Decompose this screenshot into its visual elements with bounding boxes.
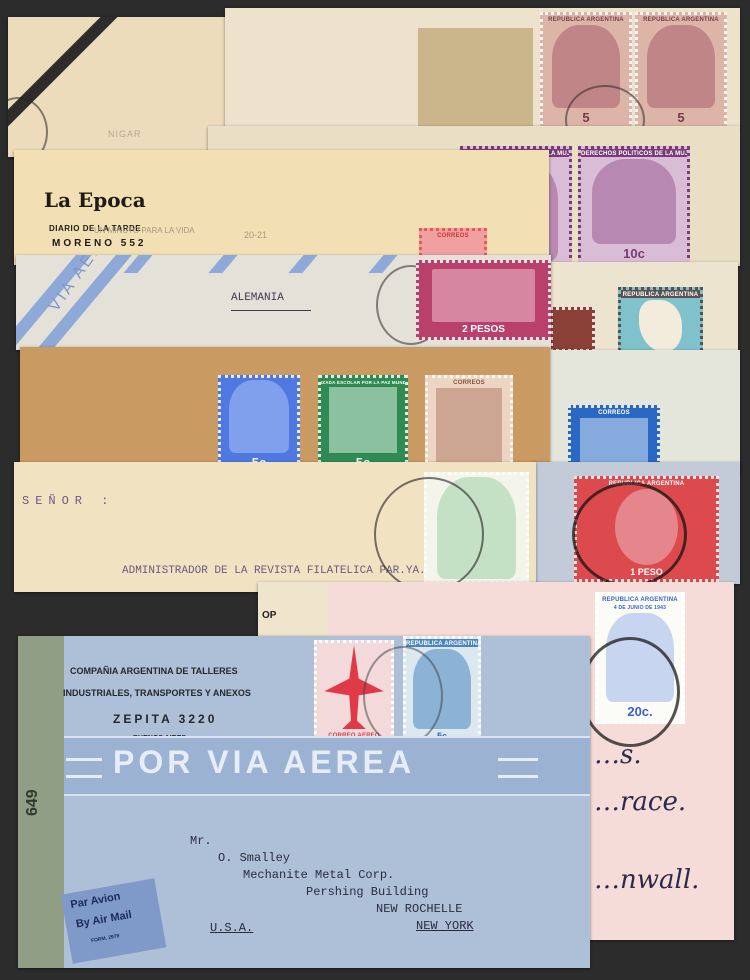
women-figures-icon [592, 159, 677, 244]
recipient-line-2: O. Smalley [218, 851, 290, 865]
recipient-line-1: Mr. [190, 834, 212, 848]
la-epoca-cover: La Epoca DIARIO DE LA TARDE MORENO 552 U… [14, 150, 549, 265]
farmer-figure-icon [436, 388, 502, 467]
salutation: SEÑOR : [22, 494, 114, 508]
stamp-justice-2: REPUBLICA ARGENTINA 5 [635, 12, 727, 130]
senor-cover: SEÑOR : ADMINISTRADOR DE LA REVISTA FILA… [14, 462, 536, 592]
postmark-buenos-aires [572, 482, 687, 584]
postmark-airmail [363, 646, 443, 746]
handwriting-line-1: …s. [594, 740, 642, 770]
censor-partial: OP [258, 582, 328, 642]
recipient-line-3: Mechanite Metal Corp. [243, 868, 394, 882]
map-stamp-cover: REPUBLICA ARGENTINA [548, 262, 738, 354]
airmail-stripe [288, 255, 317, 273]
recipient-line-4: Pershing Building [306, 885, 428, 899]
destination-country: ALEMANIA [231, 292, 284, 304]
stamp-building: 2 PESOS [416, 260, 551, 340]
constitucion-cover: REPUBLICA ARGENTINA 1 PESO [532, 462, 740, 584]
par-avion-etiquette: Par Avion By Air Mail FORM. 2979 [61, 878, 167, 963]
etiquette-line-2: By Air Mail [75, 909, 133, 931]
recipient-line-5: NEW ROCHELLE [376, 902, 462, 916]
wing-left-icon [66, 758, 102, 778]
airmail-banner: POR VIA AEREA [113, 744, 415, 781]
stamp-map: REPUBLICA ARGENTINA [618, 287, 703, 354]
stamp-dia-agricultor: CORREOS [425, 375, 513, 467]
machine-cancel-date: 20-21 [244, 230, 267, 240]
zepita-airmail-cover: 649 COMPAÑIA ARGENTINA DE TALLERES INDUS… [18, 636, 590, 968]
sender-line-2: INDUSTRIALES, TRANSPORTES Y ANEXOS [63, 688, 251, 698]
stamp-laurel: 5c [218, 375, 300, 467]
laurel-icon [229, 380, 290, 453]
postmark-dic-1943 [374, 477, 484, 592]
censor-tape: 649 [18, 636, 64, 968]
masthead: La Epoca [44, 188, 146, 212]
tape-strip [418, 28, 533, 128]
etiquette-line-3: FORM. 2979 [91, 933, 120, 944]
recipient-country: U.S.A. [210, 921, 253, 935]
alemania-airmail-cover: VIA AEREA ALEMANIA 2 PESOS [16, 255, 551, 350]
masthead-address: MORENO 552 [52, 238, 146, 249]
handwriting-line-2: …race. [594, 787, 686, 817]
postmark-buenos-aires-6-5 [580, 637, 680, 747]
sender-line-1: COMPAÑIA ARGENTINA DE TALLERES [70, 666, 238, 676]
south-america-map-icon [639, 300, 682, 352]
recipient-line-6: NEW YORK [416, 919, 474, 933]
machine-cancel-slogan: UN MINUTO PARA LA VIDA [94, 226, 195, 235]
stamp-cruzada-escolar: CRUZADA ESCOLAR POR LA PAZ MUNDIAL 5c [318, 375, 408, 467]
backstamp-text: NIGAR [108, 129, 142, 139]
stamp-derechos-2: DERECHOS POLITICOS DE LA MUJER 10c [578, 146, 690, 266]
etiquette-line-1: Par Avion [70, 891, 122, 912]
destination-underline [231, 310, 311, 311]
handwriting-line-3: …nwall. [594, 865, 699, 895]
sailboat-icon [580, 418, 649, 468]
wing-right-icon [498, 758, 538, 778]
airmail-stripe [208, 255, 237, 273]
children-figures-icon [329, 387, 396, 453]
addressee: ADMINISTRADOR DE LA REVISTA FILATELICA P… [122, 565, 426, 577]
stamp-partial-brown [550, 307, 595, 352]
censor-number: 649 [24, 789, 42, 816]
building-icon [432, 269, 535, 322]
kraft-cover: 5c CRUZADA ESCOLAR POR LA PAZ MUNDIAL 5c… [20, 347, 550, 467]
backstamp-postmark [8, 97, 48, 157]
justice-figure-icon [647, 25, 716, 108]
sender-line-3: ZEPITA 3220 [113, 712, 217, 726]
